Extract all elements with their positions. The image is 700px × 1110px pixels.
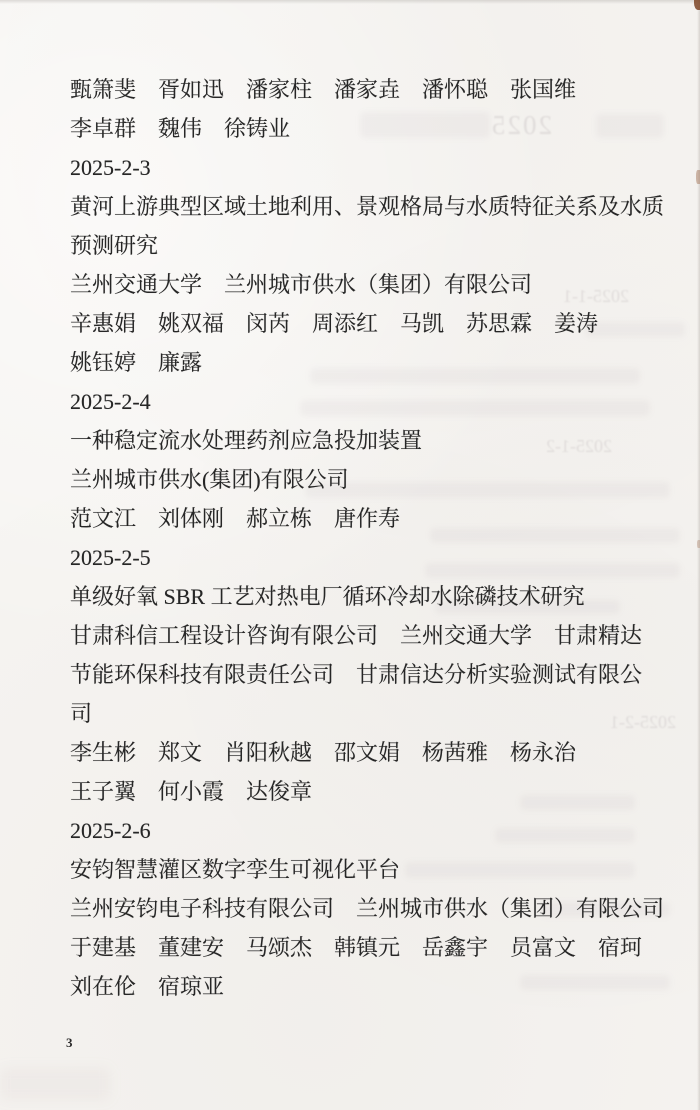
entry-title-line: 预测研究 (70, 226, 670, 265)
entry-org-line: 甘肃科信工程设计咨询有限公司 兰州交通大学 甘肃精达 (70, 616, 670, 655)
entry-org-line: 司 (70, 694, 670, 733)
entry-code: 2025-2-6 (70, 811, 670, 850)
people-line: 甄箫斐 胥如迅 潘家柱 潘家垚 潘怀聪 张国维 (70, 70, 670, 109)
people-line: 李卓群 魏伟 徐铸业 (70, 109, 670, 148)
scan-speck (694, 0, 700, 10)
people-line: 姚钰婷 廉露 (70, 343, 670, 382)
scan-speck (696, 170, 700, 184)
scanned-page: 2025 2025-1-1 2025-1-2 2025-2-1 甄箫斐 胥如迅 … (0, 0, 700, 1110)
entry-title-line: 安钧智慧灌区数字孪生可视化平台 (70, 850, 670, 889)
entry-title-line: 单级好氧 SBR 工艺对热电厂循环冷却水除磷技术研究 (70, 577, 670, 616)
entry-org-line: 兰州交通大学 兰州城市供水（集团）有限公司 (70, 265, 670, 304)
entry-title-line: 黄河上游典型区域土地利用、景观格局与水质特征关系及水质 (70, 187, 670, 226)
document-text: 甄箫斐 胥如迅 潘家柱 潘家垚 潘怀聪 张国维 李卓群 魏伟 徐铸业 2025-… (70, 70, 670, 1006)
entry-code: 2025-2-4 (70, 382, 670, 421)
entry-org-line: 兰州安钧电子科技有限公司 兰州城市供水（集团）有限公司 (70, 889, 670, 928)
people-line: 李生彬 郑文 肖阳秋越 邵文娟 杨茜雅 杨永治 (70, 733, 670, 772)
page-number: 3 (66, 1035, 73, 1051)
people-line: 王子翼 何小霞 达俊章 (70, 772, 670, 811)
entry-code: 2025-2-5 (70, 538, 670, 577)
entry-org-line: 节能环保科技有限责任公司 甘肃信达分析实验测试有限公 (70, 655, 670, 694)
entry-code: 2025-2-3 (70, 148, 670, 187)
entry-title-line: 一种稳定流水处理药剂应急投加装置 (70, 421, 670, 460)
people-line: 辛惠娟 姚双福 闵芮 周添红 马凯 苏思霖 姜涛 (70, 304, 670, 343)
entry-org-line: 兰州城市供水(集团)有限公司 (70, 460, 670, 499)
bleedthrough-smudge (0, 1068, 110, 1100)
people-line: 于建基 董建安 马颂杰 韩镇元 岳鑫宇 员富文 宿珂 (70, 928, 670, 967)
people-line: 刘在伦 宿琼亚 (70, 967, 670, 1006)
people-line: 范文江 刘体刚 郝立栋 唐作寿 (70, 499, 670, 538)
scan-edge-top (0, 0, 700, 4)
